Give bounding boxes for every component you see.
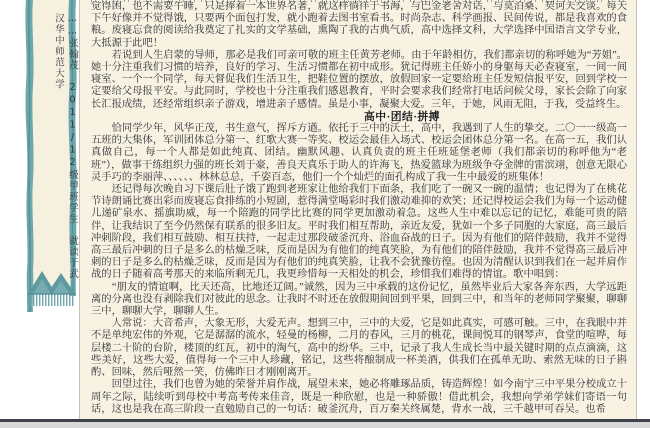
paragraph: 恰同学少年，风华正茂，书生意气，挥斥方遒。依托于三中的沃土，高中，我遇到了人生的… <box>91 123 627 184</box>
section-heading: 高中·团结·拼搏 <box>91 111 627 123</box>
window-background: { "sidebar": { "vertical_text": "……张翰茂 2… <box>0 0 650 428</box>
paragraph: “朋友的情谊啊，比天还高，比地还辽阔。”诚然，因为三中承载的这份记忆，虽然毕业后… <box>91 282 627 319</box>
page-text: 觉得困，也不需要午睡，只是捧着一本世界名著，就这样徜徉于书海，与巴金老舍对话，与… <box>91 1 627 419</box>
bookmark-vertical-text: ……张翰茂 2011/12级甲班学生 就读于武汉华中师范大学 <box>21 13 79 281</box>
paragraph: 觉得困，也不需要午睡，只是捧着一本世界名著，就这样徜徉于书海，与巴金老舍对话，与… <box>91 1 627 50</box>
paragraph: 人常说：大音希声，大象无形，大爱无声。想到三中，三中的大爱，它是如此真实，可感可… <box>91 318 627 379</box>
paragraph: 还记得每次晚自习下课后肚子饿了跑到老班家让他给我们下面条，我们吃了一碗又一碗的温… <box>91 184 627 282</box>
paragraph: 回望过往，我们也曾为她的荣誉并肩作战，展望未来，她必将雕琢品质，铸造辉煌！如今南… <box>91 379 627 416</box>
paragraph: 若说到人生启蒙的导师，那必是我们可亲可敬的班主任黄芳老师。由于年龄相仿，我们都亲… <box>91 50 627 111</box>
desk-shadow-strip <box>0 422 650 428</box>
document-page: 觉得困，也不需要午睡，只是捧着一本世界名著，就这样徜徉于书海，与巴金老舍对话，与… <box>79 0 637 420</box>
bookmark-ribbon: ……张翰茂 2011/12级甲班学生 就读于武汉华中师范大学 <box>21 0 79 314</box>
